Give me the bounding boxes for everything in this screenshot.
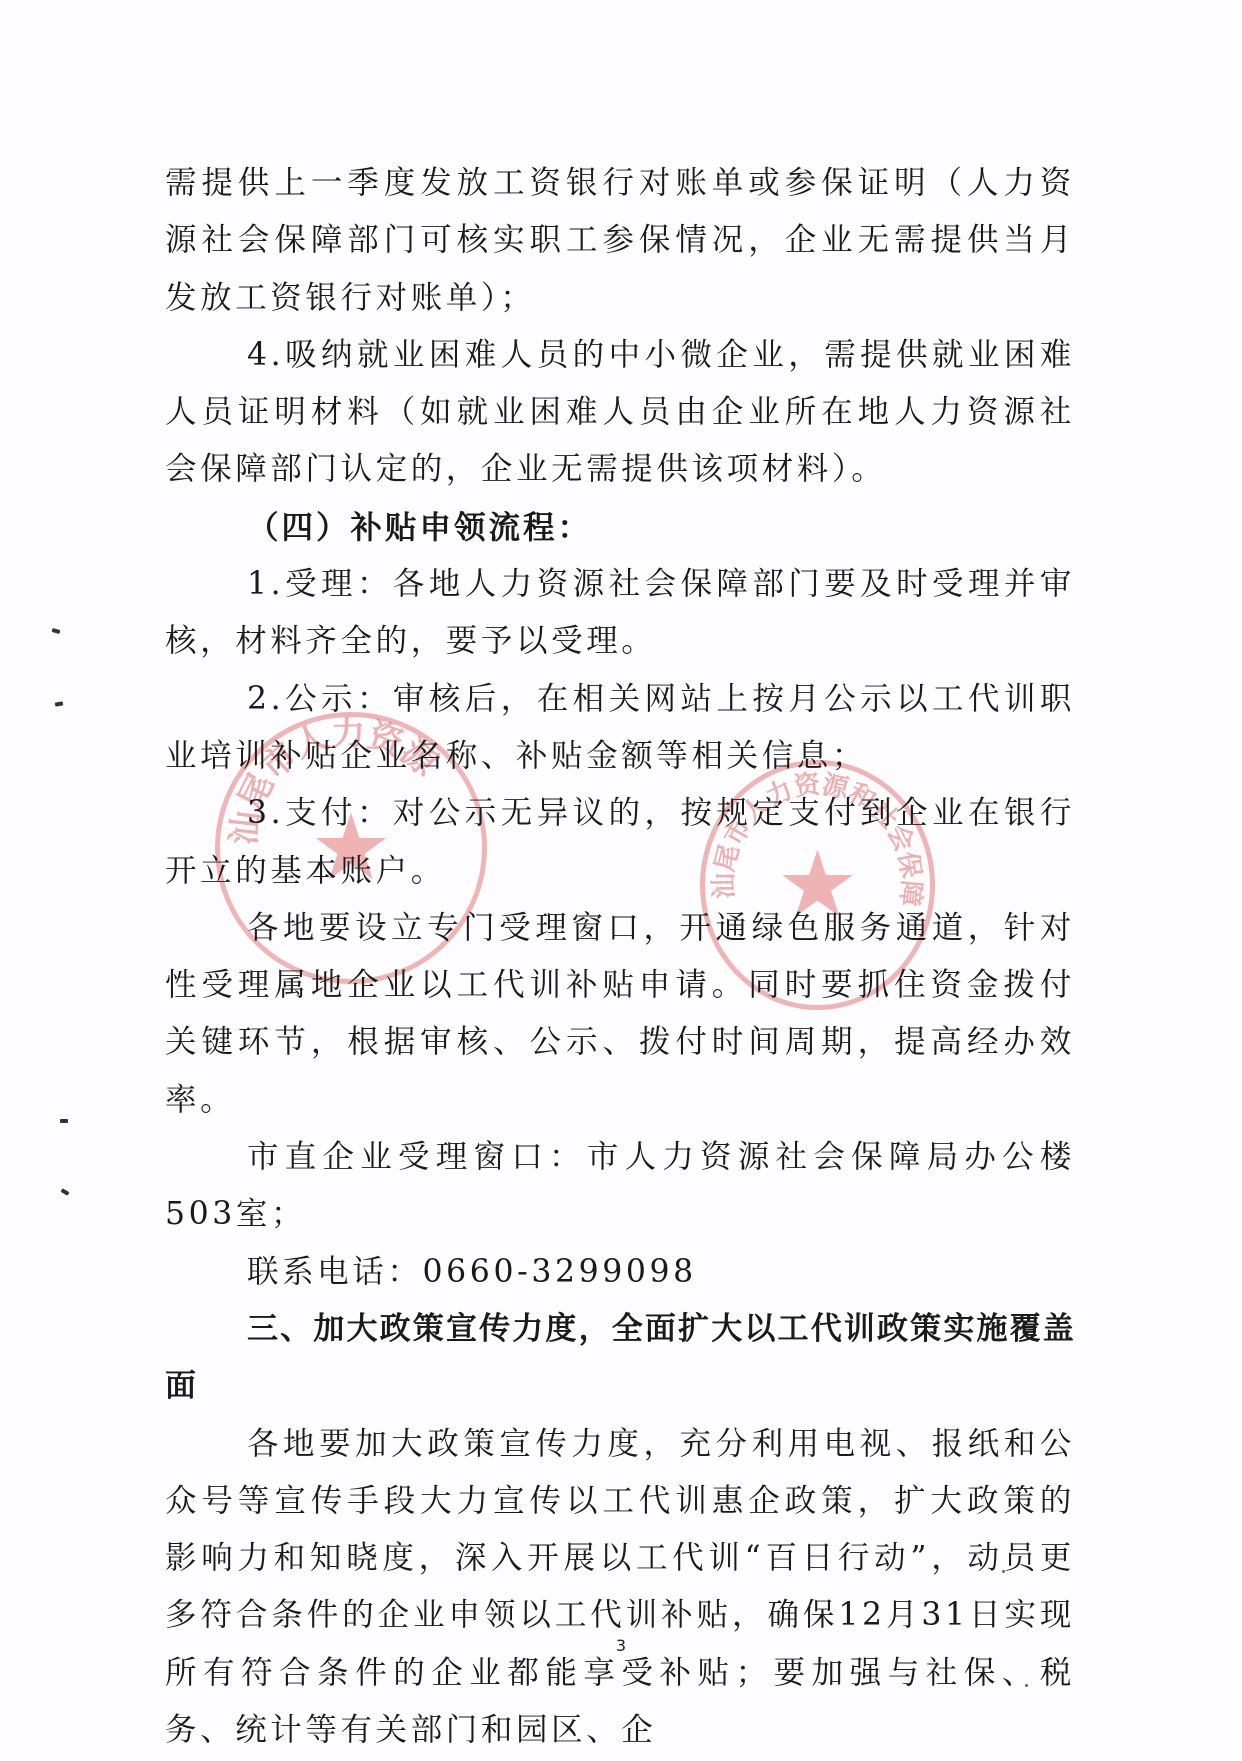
scan-margin-mark — [52, 628, 61, 634]
paragraph-service-window: 各地要设立专门受理窗口，开通绿色服务通道，针对性受理属地企业以工代训补贴申请。同… — [165, 900, 1075, 1129]
document-page: 汕尾市人力资源 ★ 汕尾市人力资源和社会保障局 ★ 需提供上一季度发放工资银行对… — [0, 0, 1242, 1761]
scan-margin-mark — [61, 1188, 70, 1195]
paragraph-hard-to-employ: 4.吸纳就业困难人员的中小微企业，需提供就业困难人员证明材料（如就业困难人员由企… — [165, 327, 1075, 499]
step-payment: 3.支付：对公示无异议的，按规定支付到企业在银行开立的基本账户。 — [165, 785, 1075, 900]
scan-margin-mark — [60, 1119, 68, 1123]
subsection-heading: （四）补贴申领流程： — [165, 499, 1075, 556]
step-publicity: 2.公示：审核后，在相关网站上按月公示以工代训职业培训补贴企业名称、补贴金额等相… — [165, 671, 1075, 786]
paragraph-bank-statement: 需提供上一季度发放工资银行对账单或参保证明（人力资源社会保障部门可核实职工参保情… — [165, 155, 1075, 327]
contact-window-label: 市直企业受理窗口： — [247, 1139, 587, 1175]
step-acceptance: 1.受理：各地人力资源社会保障部门要及时受理并审核，材料齐全的，要予以受理。 — [165, 556, 1075, 671]
section-heading: 三、加大政策宣传力度，全面扩大以工代训政策实施覆盖面 — [165, 1301, 1075, 1416]
document-body: 需提供上一季度发放工资银行对账单或参保证明（人力资源社会保障部门可核实职工参保情… — [165, 155, 1075, 1759]
contact-phone-value: 0660-3299098 — [423, 1254, 697, 1290]
contact-phone-label: 联系电话： — [247, 1254, 423, 1290]
paragraph-publicity: 各地要加大政策宣传力度，充分利用电视、报纸和公众号等宣传手段大力宣传以工代训惠企… — [165, 1416, 1075, 1760]
contact-phone: 联系电话：0660-3299098 — [165, 1244, 1075, 1301]
contact-window: 市直企业受理窗口：市人力资源社会保障局办公楼503室； — [165, 1129, 1075, 1244]
scan-margin-mark — [55, 701, 64, 706]
